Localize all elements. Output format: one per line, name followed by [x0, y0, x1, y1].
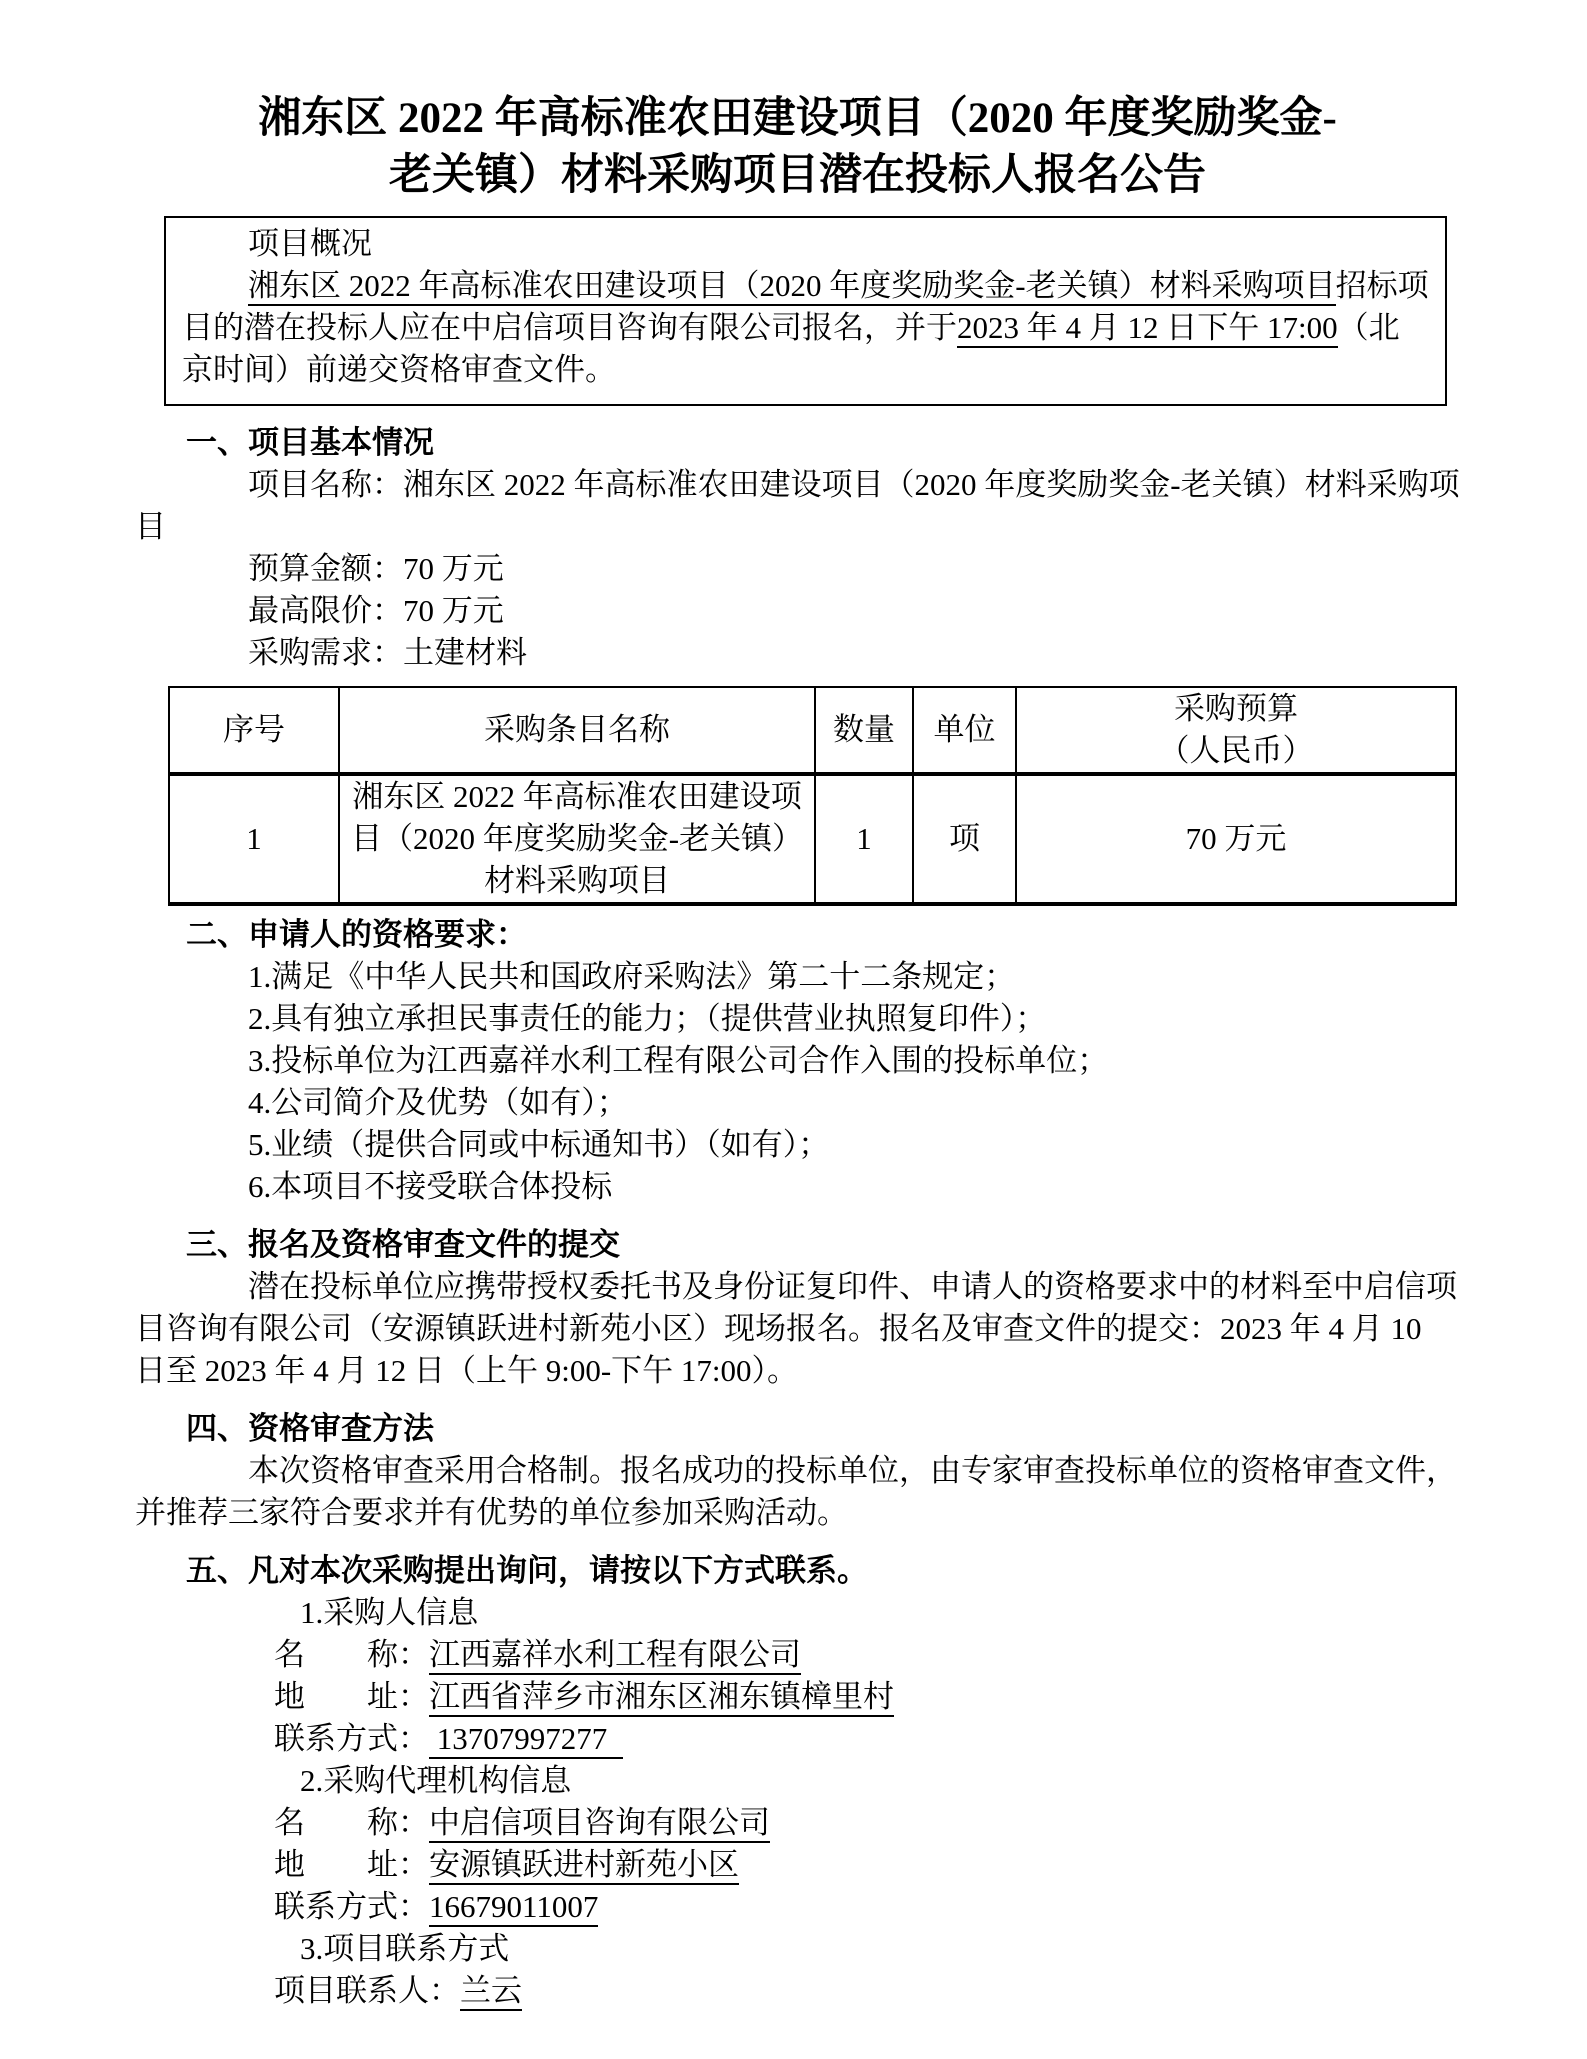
project-name-line: 项目名称：湘东区 2022 年高标准农田建设项目（2020 年度奖励奖金-老关镇…: [135, 464, 1460, 548]
section3-paragraph: 潜在投标单位应携带授权委托书及身份证复印件、申请人的资格要求中的材料至中启信项目…: [135, 1266, 1460, 1392]
agent-name-label: 名 称：: [274, 1805, 429, 1840]
qualification-item-4: 4.公司简介及优势（如有）；: [248, 1082, 1460, 1124]
overview-project-name: 湘东区 2022 年高标准农田建设项目（2020 年度奖励奖金-老关镇）材料采购…: [248, 268, 1336, 306]
agent-phone-value: 16679011007: [429, 1889, 598, 1927]
section5-heading: 五、凡对本次采购提出询问，请按以下方式联系。: [186, 1550, 1460, 1592]
table-cell-no: 1: [169, 774, 339, 904]
agent-name-line: 名 称：中启信项目咨询有限公司: [274, 1802, 1460, 1844]
page-title-line1: 湘东区 2022 年高标准农田建设项目（2020 年度奖励奖金-: [135, 90, 1460, 147]
table-header-budget-line2: （人民币）: [1023, 730, 1449, 772]
purchaser-address-line: 地 址：江西省萍乡市湘东区湘东镇樟里村: [274, 1676, 1460, 1718]
qualification-item-2: 2.具有独立承担民事责任的能力；（提供营业执照复印件）；: [248, 998, 1460, 1040]
table-cell-name: 湘东区 2022 年高标准农田建设项目（2020 年度奖励奖金-老关镇）材料采购…: [339, 774, 815, 904]
page-title: 湘东区 2022 年高标准农田建设项目（2020 年度奖励奖金- 老关镇）材料采…: [135, 90, 1460, 204]
project-contact-line: 项目联系人：兰云: [274, 1970, 1460, 2012]
agent-info-subheading: 2.采购代理机构信息: [300, 1760, 1460, 1802]
agent-address-label: 地 址：: [274, 1847, 429, 1882]
agent-name-value: 中启信项目咨询有限公司: [429, 1805, 770, 1843]
table-header-qty: 数量: [815, 687, 913, 774]
agent-phone-line: 联系方式：16679011007: [274, 1886, 1460, 1928]
section3-heading: 三、报名及资格审查文件的提交: [186, 1224, 1460, 1266]
budget-line: 预算金额：70 万元: [135, 548, 1460, 590]
purchaser-name-line: 名 称：江西嘉祥水利工程有限公司: [274, 1634, 1460, 1676]
purchaser-phone-line: 联系方式： 13707997277: [274, 1718, 1460, 1760]
table-cell-qty: 1: [815, 774, 913, 904]
purchaser-phone-value: 13707997277: [429, 1721, 623, 1759]
table-row: 1 湘东区 2022 年高标准农田建设项目（2020 年度奖励奖金-老关镇）材料…: [169, 774, 1456, 904]
purchaser-name-label: 名 称：: [274, 1637, 429, 1672]
purchaser-address-value: 江西省萍乡市湘东区湘东镇樟里村: [429, 1679, 894, 1717]
section4-paragraph: 本次资格审查采用合格制。报名成功的投标单位，由专家审查投标单位的资格审查文件，并…: [135, 1450, 1460, 1534]
table-cell-budget: 70 万元: [1016, 774, 1456, 904]
overview-paragraph: 湘东区 2022 年高标准农田建设项目（2020 年度奖励奖金-老关镇）材料采购…: [182, 265, 1429, 391]
max-price-line: 最高限价：70 万元: [135, 590, 1460, 632]
purchaser-name-value: 江西嘉祥水利工程有限公司: [429, 1637, 801, 1675]
page-title-line2: 老关镇）材料采购项目潜在投标人报名公告: [135, 147, 1460, 204]
section4-heading: 四、资格审查方法: [186, 1408, 1460, 1450]
section2-heading: 二、申请人的资格要求：: [186, 914, 1460, 956]
qualification-item-1: 1.满足《中华人民共和国政府采购法》第二十二条规定；: [248, 956, 1460, 998]
table-header-no: 序号: [169, 687, 339, 774]
table-header-budget-line1: 采购预算: [1023, 688, 1449, 730]
qualification-item-5: 5.业绩（提供合同或中标通知书）（如有）；: [248, 1124, 1460, 1166]
project-contact-value: 兰云: [460, 1973, 522, 2011]
table-header-name: 采购条目名称: [339, 687, 815, 774]
project-contact-subheading: 3.项目联系方式: [300, 1928, 1460, 1970]
overview-deadline: 2023 年 4 月 12 日下午 17:00: [957, 310, 1338, 348]
table-header-budget: 采购预算 （人民币）: [1016, 687, 1456, 774]
procurement-table: 序号 采购条目名称 数量 单位 采购预算 （人民币） 1 湘东区 2022 年高…: [168, 686, 1457, 906]
agent-address-value: 安源镇跃进村新苑小区: [429, 1847, 739, 1885]
table-header-row: 序号 采购条目名称 数量 单位 采购预算 （人民币）: [169, 687, 1456, 774]
table-header-unit: 单位: [913, 687, 1016, 774]
purchaser-address-label: 地 址：: [274, 1679, 429, 1714]
purchaser-phone-label: 联系方式：: [274, 1721, 429, 1756]
announcement-page: 湘东区 2022 年高标准农田建设项目（2020 年度奖励奖金- 老关镇）材料采…: [0, 0, 1587, 2059]
overview-label: 项目概况: [182, 223, 1429, 265]
section1-heading: 一、项目基本情况: [186, 422, 1460, 464]
project-contact-label: 项目联系人：: [274, 1973, 460, 2008]
demand-line: 采购需求：土建材料: [135, 632, 1460, 674]
qualification-item-3: 3.投标单位为江西嘉祥水利工程有限公司合作入围的投标单位；: [248, 1040, 1460, 1082]
agent-address-line: 地 址：安源镇跃进村新苑小区: [274, 1844, 1460, 1886]
project-overview-box: 项目概况 湘东区 2022 年高标准农田建设项目（2020 年度奖励奖金-老关镇…: [164, 216, 1447, 406]
table-cell-unit: 项: [913, 774, 1016, 904]
agent-phone-label: 联系方式：: [274, 1889, 429, 1924]
qualification-item-6: 6.本项目不接受联合体投标: [248, 1166, 1460, 1208]
purchaser-info-subheading: 1.采购人信息: [300, 1592, 1460, 1634]
